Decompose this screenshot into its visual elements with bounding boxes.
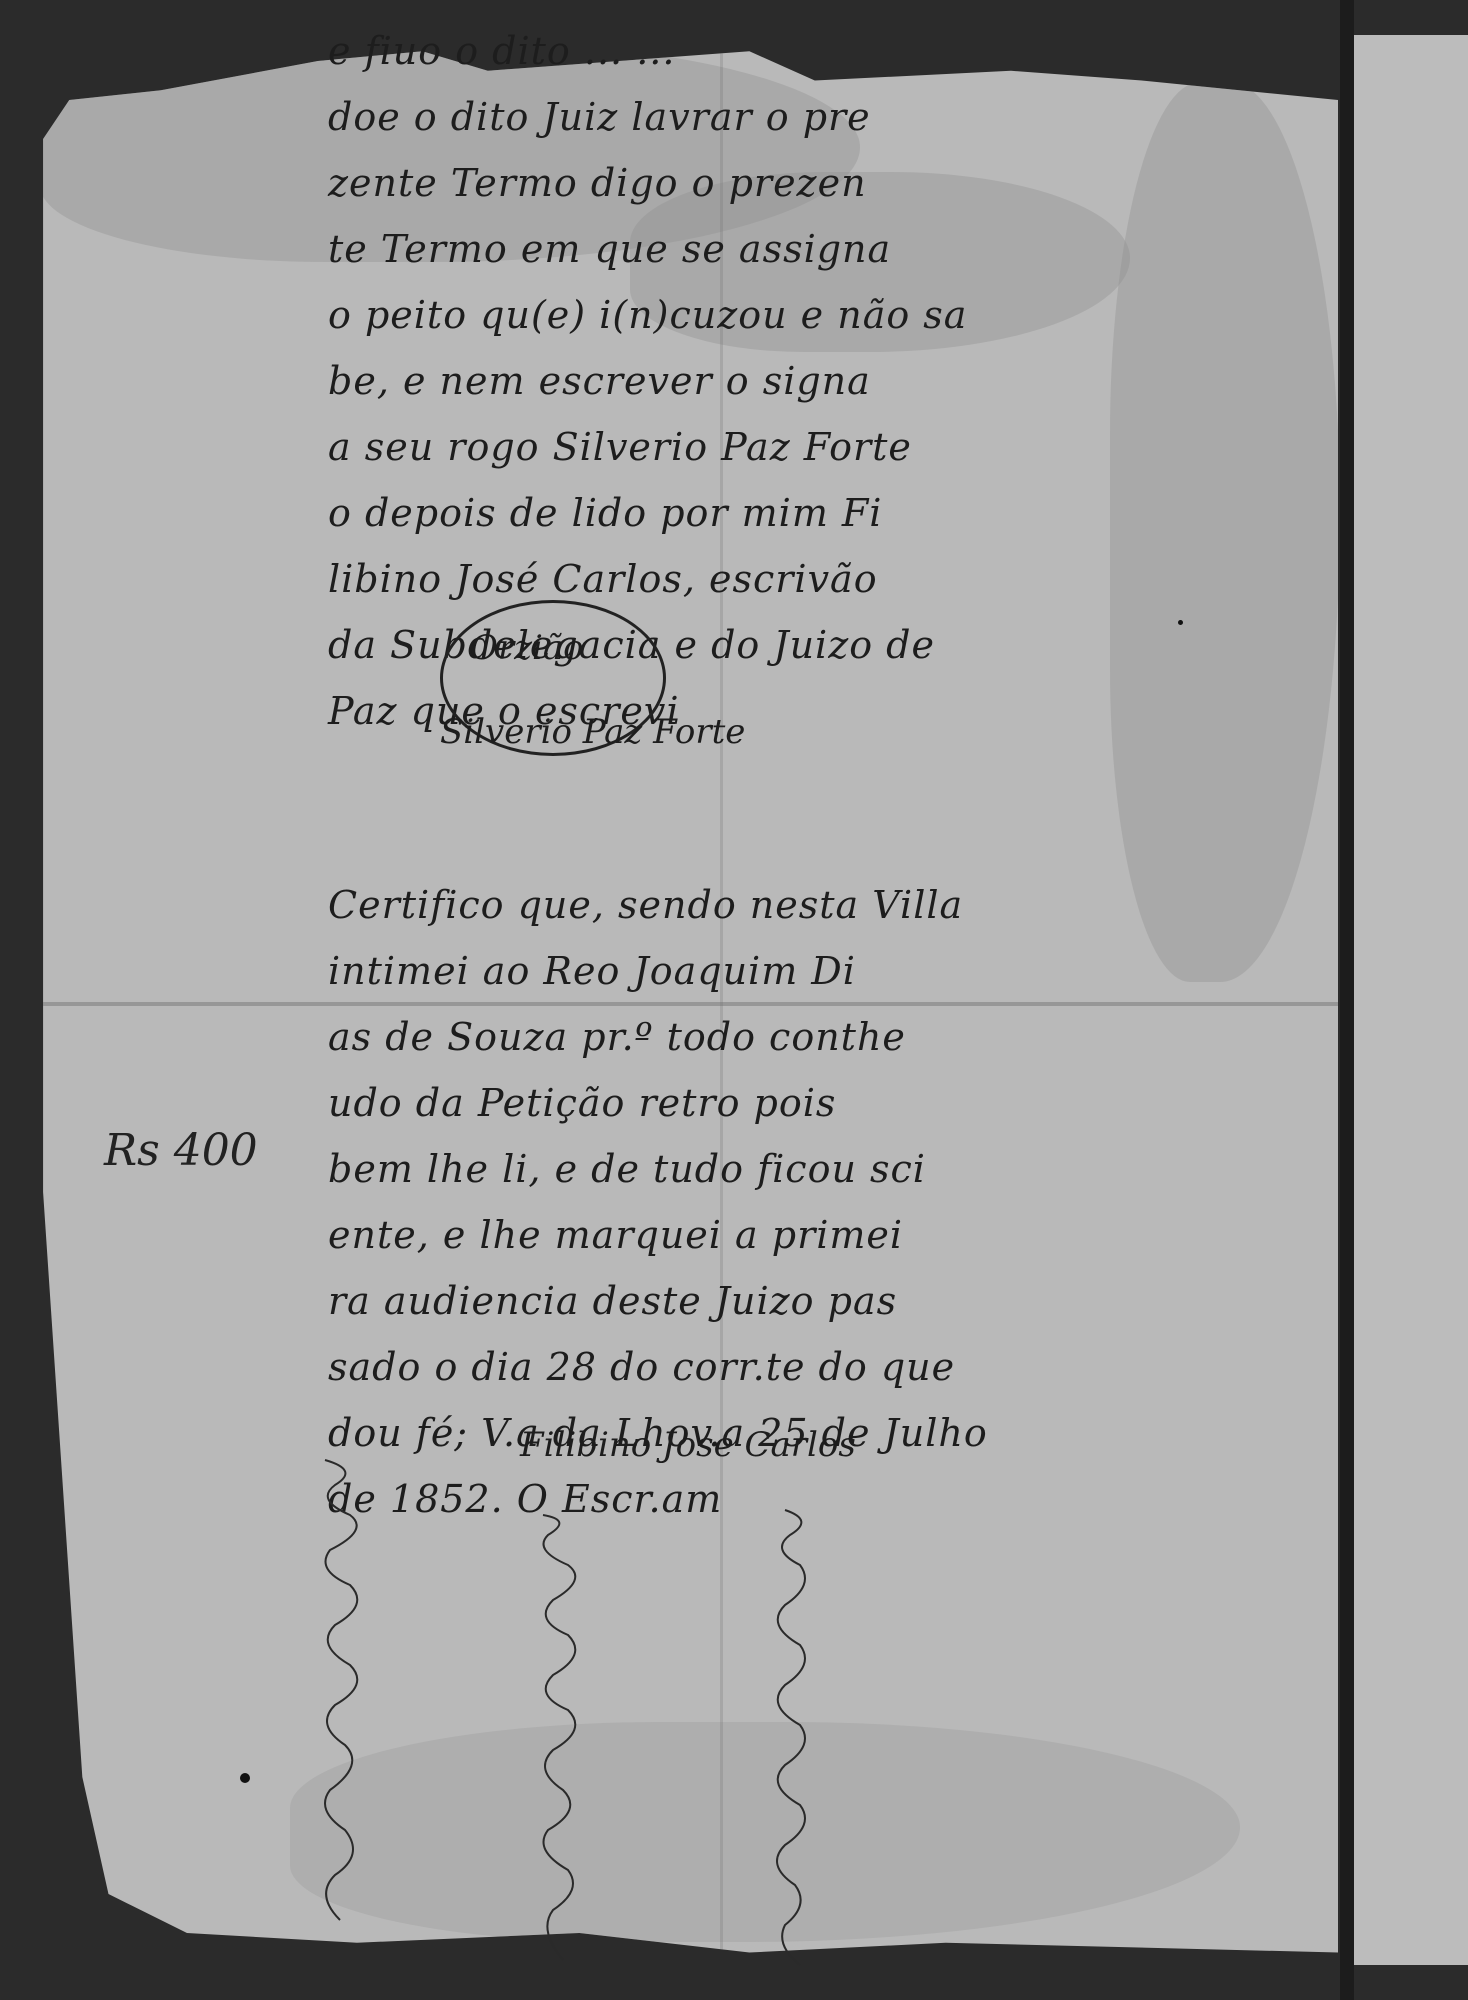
text-line: a seu rogo Silverio Paz Forte	[328, 414, 967, 480]
wavy-cancel-line	[755, 1505, 825, 1975]
text-line: e fiuo o dito ... ...	[328, 18, 967, 84]
text-line: libino José Carlos, escrivão	[328, 546, 967, 612]
text-line: o peito qu(e) i(n)cuzou e não sa	[328, 282, 967, 348]
text-line: be, e nem escrever o signa	[328, 348, 967, 414]
text-line: zente Termo digo o prezen	[328, 150, 967, 216]
text-line: as de Souza pr.º todo conthe	[328, 1004, 988, 1070]
water-stain	[1110, 82, 1340, 982]
text-line: te Termo em que se assigna	[328, 216, 967, 282]
text-line: ra audiencia deste Juizo pas	[328, 1268, 988, 1334]
ink-blot	[1178, 620, 1183, 625]
wavy-cancel-line	[315, 1455, 375, 1935]
margin-fee-note: Rs 400	[104, 1125, 258, 1176]
text-line: de 1852. O Escr.am	[328, 1466, 988, 1532]
text-line: bem lhe li, e de tudo ficou sci	[328, 1136, 988, 1202]
signature-silverio: Silverio Paz Forte	[440, 712, 745, 752]
signature-orziao: Orzião	[470, 628, 584, 668]
wavy-cancel-line	[528, 1510, 598, 1970]
text-line: sado o dia 28 do corr.te do que	[328, 1334, 988, 1400]
ink-blot	[240, 1773, 250, 1783]
adjacent-page	[1354, 35, 1468, 1965]
signature-filibino: Filibino José Carlos	[520, 1425, 856, 1465]
text-line: ente, e lhe marquei a primei	[328, 1202, 988, 1268]
text-line: Certifico que, sendo nesta Villa	[328, 872, 988, 938]
text-line: intimei ao Reo Joaquim Di	[328, 938, 988, 1004]
text-line: udo da Petição retro pois	[328, 1070, 988, 1136]
binding-gutter	[1340, 0, 1354, 2000]
text-line: doe o dito Juiz lavrar o pre	[328, 84, 967, 150]
text-line: o depois de lido por mim Fi	[328, 480, 967, 546]
